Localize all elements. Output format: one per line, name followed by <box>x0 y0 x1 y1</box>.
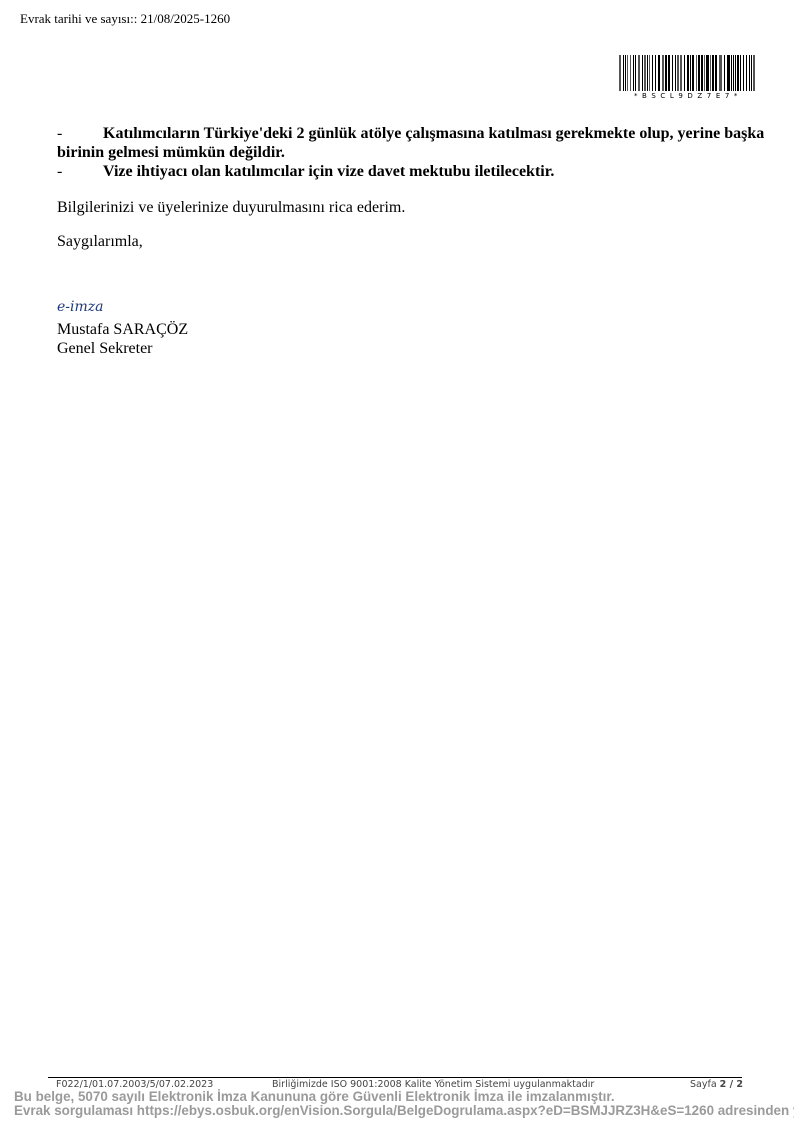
bullet-text: Vize ihtiyacı olan katılımcılar için viz… <box>103 163 554 180</box>
bullet-text: Katılımcıların Türkiye'deki 2 günlük atö… <box>57 125 764 161</box>
footer-page-indicator: Sayfa 2 / 2 <box>690 1079 743 1090</box>
bullet-dash: - <box>57 124 103 143</box>
legal-notice-line1: Bu belge, 5070 sayılı Elektronik İmza Ka… <box>14 1090 615 1104</box>
barcode-text: *BSCL9DZ7E7* <box>619 92 757 100</box>
barcode-bars <box>619 55 757 91</box>
closing: Saygılarımla, <box>57 232 143 251</box>
barcode: *BSCL9DZ7E7* <box>619 55 757 99</box>
page-label: Sayfa <box>690 1079 717 1090</box>
signer-block: Mustafa SARAÇÖZ Genel Sekreter <box>57 320 188 358</box>
document-reference: Evrak tarihi ve sayısı:: 21/08/2025-1260 <box>20 11 230 27</box>
body-content: -Katılımcıların Türkiye'deki 2 günlük at… <box>57 124 767 181</box>
bullet-item: -Katılımcıların Türkiye'deki 2 günlük at… <box>57 124 767 162</box>
footer-divider <box>48 1077 742 1078</box>
bullet-dash: - <box>57 162 103 181</box>
page-number: 2 / 2 <box>720 1079 743 1090</box>
info-request: Bilgilerinizi ve üyelerinize duyurulması… <box>57 198 405 217</box>
esign-label: e-imza <box>57 299 104 315</box>
signer-name: Mustafa SARAÇÖZ <box>57 320 188 339</box>
bullet-item: -Vize ihtiyacı olan katılımcılar için vi… <box>57 162 767 181</box>
signer-title: Genel Sekreter <box>57 339 188 358</box>
legal-notice-line2: Evrak sorgulaması https://ebys.osbuk.org… <box>14 1104 794 1118</box>
